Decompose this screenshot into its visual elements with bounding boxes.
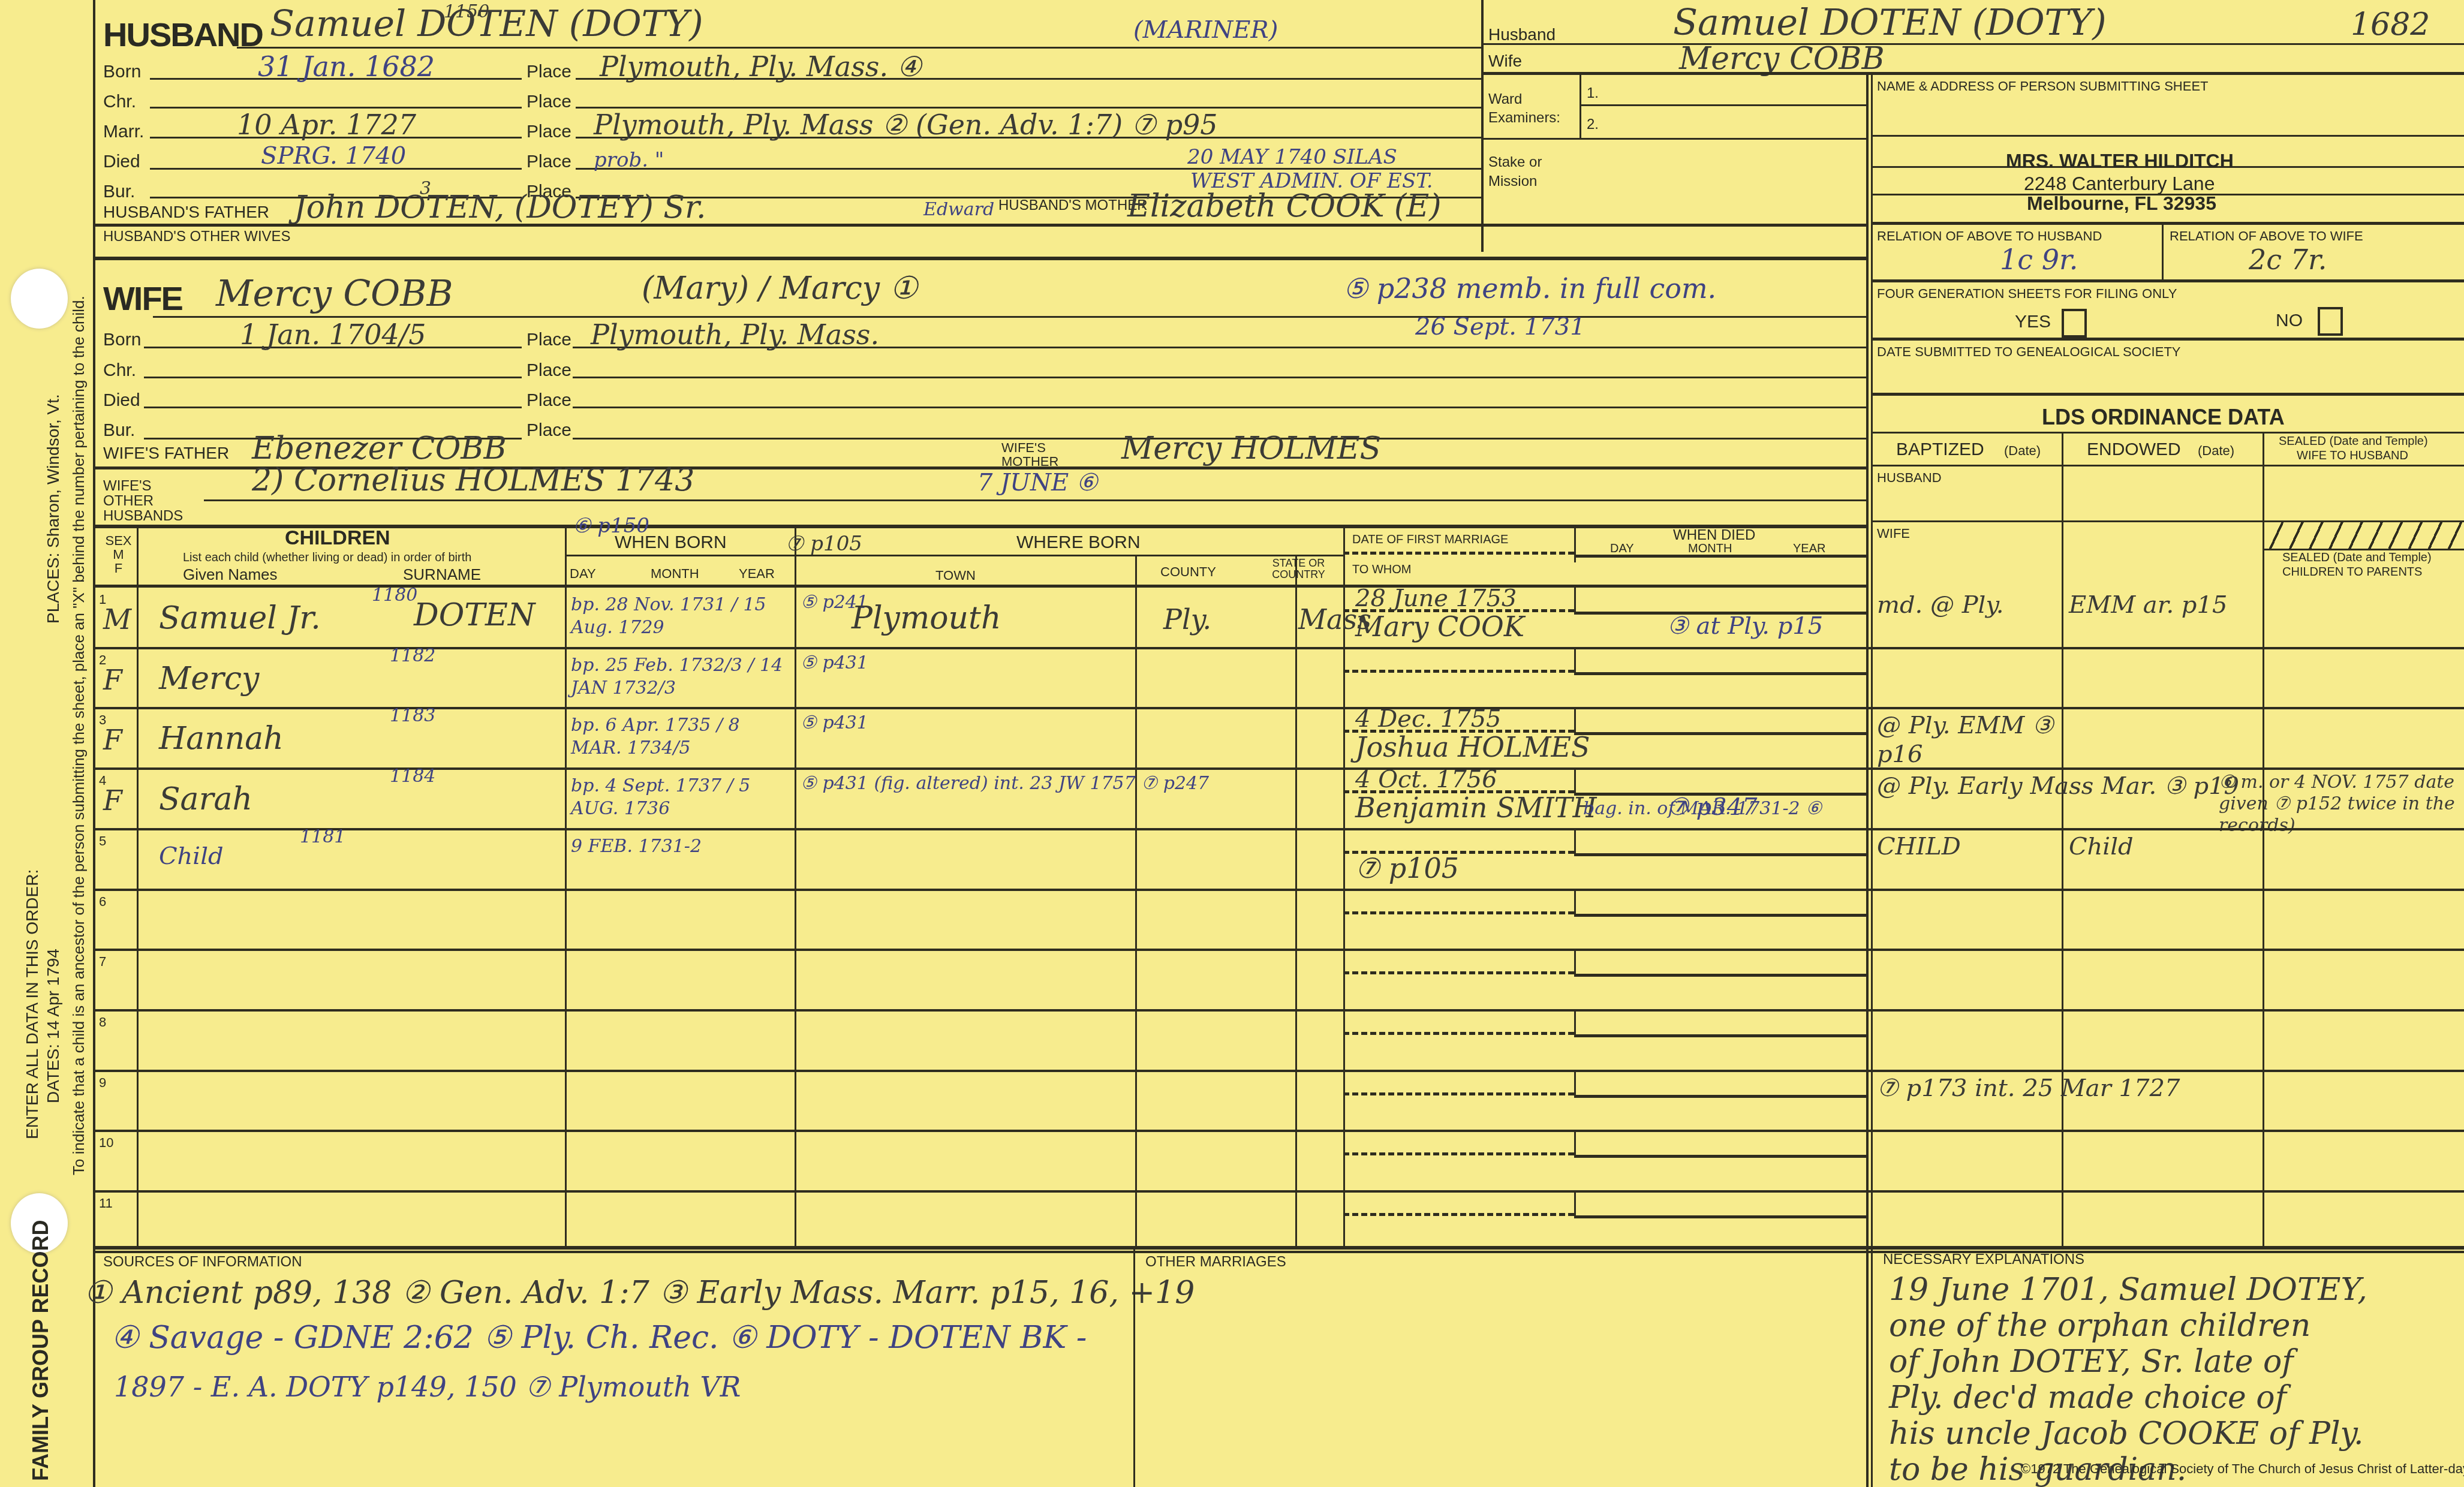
child-sex[interactable]: F: [103, 787, 122, 814]
instruction-ancestor-note: To indicate that a child is an ancestor …: [71, 296, 86, 1175]
husband-chr-label: Chr.: [103, 93, 136, 111]
died-cell-line: [1574, 1034, 1866, 1037]
child-ordinance-endowed[interactable]: EMM ar. p15: [2069, 591, 2249, 619]
col-name-div: [565, 526, 567, 1246]
lds-endowed-date: (Date): [2198, 444, 2234, 457]
sex-f-label: F: [115, 561, 122, 576]
when-born-sub-line: [565, 555, 1343, 556]
sex-header: SEX M F: [102, 534, 135, 575]
submitter-name: MRS. WALTER HILDITCH: [2006, 151, 2234, 170]
lds-husband-row-label: HUSBAND: [1877, 471, 1942, 484]
children-title: CHILDREN: [285, 528, 390, 548]
child-ordinance-baptized[interactable]: CHILD: [1877, 832, 2057, 861]
husband-bur-label: Bur.: [103, 183, 135, 201]
header-wife-label: Wife: [1488, 53, 1522, 70]
col-county-div: [1295, 555, 1297, 1246]
wife-born-date[interactable]: 1 Jan. 1704/5: [240, 321, 426, 348]
submitter-street: 2248 Canterbury Lane: [2024, 174, 2215, 193]
husband-marr-label: Marr.: [103, 123, 144, 141]
child-spouse-note: ③ at Ply. p15: [1667, 614, 1823, 638]
child-number: 7: [99, 955, 106, 968]
field-line: [573, 377, 1866, 378]
husband-mother-label: HUSBAND'S MOTHER: [998, 198, 1148, 213]
child-sex[interactable]: F: [103, 726, 122, 754]
wife-other-husbands-label: WIFE'S OTHER HUSBANDS: [103, 478, 199, 524]
lds-baptized-date: (Date): [2004, 444, 2041, 457]
sources-label: SOURCES OF INFORMATION: [103, 1254, 302, 1269]
child-ordinance-endowed[interactable]: Child: [2069, 832, 2249, 861]
examiner-1-label: 1.: [1587, 86, 1599, 101]
wife-other-husbands[interactable]: 2) Cornelius HOLMES 1743: [252, 465, 694, 496]
submitter-city: Melbourne, FL 32935: [2027, 194, 2216, 213]
child-row-line: [93, 707, 2464, 709]
husband-name-line: [237, 47, 1481, 49]
child-number: 9: [99, 1076, 106, 1089]
right-panel-divider-2: [1871, 72, 1873, 1487]
husband-mother[interactable]: Elizabeth COOK (E): [1127, 191, 1442, 222]
no-checkbox[interactable]: [2318, 307, 2343, 336]
wife-membership-note-2: 26 Sept. 1731: [1415, 315, 1585, 339]
child-row-line: [93, 889, 2464, 891]
explanations-label: NECESSARY EXPLANATIONS: [1883, 1252, 2084, 1267]
child-row-line: [93, 1190, 2464, 1193]
field-line: [144, 377, 522, 378]
child-number: 10: [99, 1136, 113, 1149]
child-given-name[interactable]: Sarah: [159, 784, 252, 815]
wife-mother-label: WIFE'S MOTHER: [1001, 441, 1067, 468]
child-row-line: [93, 1009, 2464, 1012]
child-sex[interactable]: F: [103, 666, 122, 694]
child-county[interactable]: Ply.: [1163, 606, 1211, 633]
child-number: 11: [99, 1196, 113, 1210]
lds-endowed-label: ENDOWED: [2087, 441, 2181, 459]
wife-born-place-label: Place: [527, 331, 571, 349]
child-ordinance-endowed[interactable]: ⑥ m. or 4 NOV. 1757 date given ⑦ p152 tw…: [2219, 772, 2459, 836]
wife-born-label: Born: [103, 331, 141, 349]
died-cell-line: [1574, 793, 1866, 796]
where-born-label: WHERE BORN: [1016, 534, 1141, 552]
child-spouse[interactable]: Joshua HOLMES: [1355, 733, 1590, 761]
left-border: [93, 0, 95, 1487]
four-gen-bottom-line: [1871, 338, 2464, 341]
child-marriage-date[interactable]: 4 Oct. 1756: [1355, 767, 1497, 791]
submitter-line: [1871, 135, 2464, 137]
child-ordinance-baptized[interactable]: ⑦ p173 int. 25 Mar 1727: [1877, 1074, 2417, 1103]
lds-col-div-1: [2062, 432, 2063, 1247]
col-town-div: [1135, 555, 1137, 1246]
date-submitted-label: DATE SUBMITTED TO GENEALOGICAL SOCIETY: [1877, 345, 2181, 359]
husband-father-ref: 3: [420, 180, 431, 198]
died-cell-line: [1574, 1095, 1866, 1098]
husband-chr-place-label: Place: [527, 93, 571, 111]
child-row-line: [93, 767, 2464, 770]
child-marriage-date[interactable]: 28 June 1753: [1355, 586, 1517, 610]
county-label: COUNTY: [1160, 565, 1216, 579]
town-label: TOWN: [935, 568, 976, 582]
wife-died-label: Died: [103, 392, 140, 410]
child-town-note: ⑤ p431: [801, 654, 920, 672]
died-cell-divider: [1574, 769, 1576, 793]
lds-header-line: [1871, 465, 2464, 466]
to-whom-label: TO WHOM: [1352, 564, 1412, 576]
children-subtitle: List each child (whether living or dead)…: [183, 552, 471, 564]
husband-died-place[interactable]: prob. ": [594, 150, 664, 170]
wife-father[interactable]: Ebenezer COBB: [252, 433, 507, 464]
died-cell-line: [1574, 672, 1866, 675]
husband-marr-place-label: Place: [527, 123, 571, 141]
sources-line-3[interactable]: 1897 - E. A. DOTY p149, 150 ⑦ Plymouth V…: [114, 1373, 741, 1401]
header-husband-label: Husband: [1488, 26, 1556, 43]
marriage-dash: [1343, 971, 1574, 974]
husband-died-label: Died: [103, 153, 140, 171]
child-number: 5: [99, 834, 106, 848]
died-cell-line: [1574, 732, 1866, 735]
marriage-dash: [1343, 1092, 1574, 1095]
field-line: [573, 407, 1866, 408]
header-wife-name: Mercy COBB: [1679, 43, 1885, 74]
stake-mission-label: Stake or Mission: [1488, 153, 1572, 192]
examiner-line: [1580, 104, 1866, 106]
first-marriage-dash: [1343, 552, 1574, 555]
examiner-2-label: 2.: [1587, 117, 1599, 132]
child-town[interactable]: Plymouth: [852, 603, 1001, 634]
wife-bur-place-label: Place: [527, 422, 571, 440]
explanation-line[interactable]: of John DOTEY, Sr. late of: [1889, 1346, 2294, 1377]
child-ordinance-baptized[interactable]: @ Ply. EMM ③ p16: [1877, 711, 2057, 769]
col-born-div: [795, 526, 796, 1246]
child-town-note: ⑤ p431: [801, 714, 920, 732]
four-gen-label: FOUR GENERATION SHEETS FOR FILING ONLY: [1877, 287, 2177, 300]
child-surname[interactable]: DOTEN: [414, 600, 535, 631]
right-panel-divider: [1866, 72, 1869, 1487]
husband-other-wives-label: HUSBAND'S OTHER WIVES: [103, 229, 291, 244]
child-row-line: [93, 828, 2464, 830]
sex-m-label: M: [113, 547, 124, 562]
lds-col-div-2: [2263, 432, 2264, 1247]
sources-line-1[interactable]: ① Ancient p89, 138 ② Gen. Adv. 1:7 ③ Ear…: [84, 1277, 1195, 1308]
child-given-name[interactable]: Mercy: [159, 663, 259, 694]
died-header-line: [1574, 555, 1866, 558]
child-ordinance-baptized[interactable]: md. @ Ply.: [1877, 591, 2057, 619]
explanation-line[interactable]: Ply. dec'd made choice of: [1889, 1382, 2287, 1413]
yes-label: YES: [2015, 313, 2051, 331]
husband-father-note: Edward: [923, 201, 994, 219]
died-cell-divider: [1574, 1010, 1576, 1034]
child-birth-date[interactable]: bp. 4 Sept. 1737 / 5 AUG. 1736: [571, 775, 793, 820]
wife-died-place-label: Place: [527, 392, 571, 410]
born-year-label: YEAR: [739, 567, 775, 580]
instruction-dates: DATES: 14 Apr 1794: [45, 949, 62, 1103]
child-sex[interactable]: M: [103, 606, 131, 633]
husband-occupation: (MARINER): [1133, 18, 1278, 42]
child-number: 6: [99, 895, 106, 908]
wife-born-place[interactable]: Plymouth, Ply. Mass.: [591, 321, 879, 348]
born-month-label: MONTH: [651, 567, 699, 580]
when-died-label: WHEN DIED: [1673, 528, 1755, 543]
husband-marr-date[interactable]: 10 Apr. 1727: [237, 111, 416, 139]
child-given-name[interactable]: Samuel Jr.: [159, 603, 321, 634]
husband-father-label: HUSBAND'S FATHER: [103, 204, 269, 221]
relation-wife-label: RELATION OF ABOVE TO WIFE: [2170, 229, 2363, 243]
children-header-bottom: [93, 585, 1866, 588]
given-names-label: Given Names: [183, 567, 278, 583]
lds-sealed-cp-label-1: SEALED (Date and Temple): [2282, 552, 2432, 564]
wife-bur-label: Bur.: [103, 422, 135, 440]
died-cell-divider: [1574, 648, 1576, 672]
relation-top-line: [1871, 222, 2464, 225]
lds-sealed-wh-label-1: SEALED (Date and Temple): [2279, 435, 2428, 448]
sources-divider: [1133, 1247, 1135, 1487]
header-husband-name: Samuel DOTEN (DOTY): [1673, 5, 2107, 41]
died-year-label: YEAR: [1793, 543, 1825, 555]
marriage-dash: [1343, 1213, 1574, 1216]
husband-born-label: Born: [103, 63, 141, 81]
relation-divider: [2162, 222, 2164, 281]
marriage-dash: [1343, 911, 1574, 914]
binder-hole-top: [11, 269, 68, 329]
explanation-line[interactable]: one of the orphan children: [1889, 1310, 2310, 1341]
child-row-line: [93, 1130, 2464, 1132]
died-cell-line: [1574, 1215, 1866, 1218]
child-town-note: ⑤ p431 (fig. altered) int. 23 JW 1757 ⑦ …: [801, 775, 1292, 793]
child-birth-date[interactable]: bp. 6 Apr. 1735 / 8 MAR. 1734/5: [571, 714, 793, 759]
died-cell-divider: [1574, 890, 1576, 914]
when-born-note: ⑥ p150: [573, 516, 649, 536]
child-given-name[interactable]: Hannah: [159, 723, 284, 754]
died-cell-divider: [1574, 1131, 1576, 1155]
surname-label: SURNAME: [403, 567, 481, 583]
wife-other-husbands-note: 7 JUNE ⑥: [977, 471, 1098, 495]
sources-line-2[interactable]: ④ Savage - GDNE 2:62 ⑤ Ply. Ch. Rec. ⑥ D…: [111, 1322, 1087, 1353]
child-number: 8: [99, 1015, 106, 1029]
no-label: NO: [2276, 312, 2303, 330]
died-cell-line: [1574, 1155, 1866, 1158]
child-marriage-date[interactable]: 4 Dec. 1755: [1355, 707, 1502, 731]
husband-section-bottom: [93, 257, 1866, 260]
child-birth-date[interactable]: bp. 25 Feb. 1732/3 / 14 JAN 1732/3: [571, 654, 793, 699]
instruction-places: PLACES: Sharon, Windsor, Vt.: [45, 394, 62, 624]
field-line: [144, 407, 522, 408]
child-row-line: [93, 1251, 2464, 1253]
yes-checkbox[interactable]: [2062, 309, 2087, 338]
wife-other-husbands-line: [204, 499, 1866, 501]
husband-father[interactable]: John DOTEN, (DOTEY) Sr.: [294, 192, 706, 223]
husband-born-place-label: Place: [527, 63, 571, 81]
relation-husband-value[interactable]: 1c 9r.: [2000, 246, 2078, 273]
lds-hatch-line: [2263, 549, 2464, 550]
ward-examiners-label: Ward Examiners:: [1488, 90, 1572, 127]
died-cell-divider: [1574, 1191, 1576, 1215]
first-marriage-label: DATE OF FIRST MARRIAGE: [1352, 534, 1508, 546]
died-cell-divider: [1574, 1071, 1576, 1095]
husband-died-date[interactable]: SPRG. 1740: [261, 144, 406, 168]
where-born-note: ⑦ p105: [786, 534, 862, 554]
lds-baptized-label: BAPTIZED: [1896, 441, 1984, 459]
husband-father-line: [93, 224, 1866, 227]
child-ref-number: 1180: [372, 586, 417, 604]
explanation-line[interactable]: his uncle Jacob COOKE of Ply.: [1889, 1418, 2364, 1449]
instruction-enter-all: ENTER ALL DATA IN THIS ORDER:: [24, 869, 41, 1139]
marriage-dash: [1343, 1032, 1574, 1035]
child-row-line: [93, 647, 2464, 649]
died-cell-line: [1574, 853, 1866, 856]
header-line-1: [1481, 43, 2464, 45]
header-line-2: [1481, 72, 2464, 75]
relation-wife-value[interactable]: 2c 7r.: [2249, 246, 2327, 273]
wife-section-label: WIFE: [103, 282, 182, 315]
lds-hatched-area: [2264, 522, 2464, 549]
husband-estate-note-1: 20 MAY 1740 SILAS: [1187, 147, 1397, 167]
died-month-label: MONTH: [1688, 543, 1732, 555]
child-spouse[interactable]: Mary COOK: [1355, 613, 1524, 640]
wife-name: Mercy COBB: [216, 276, 453, 312]
child-birth-date[interactable]: 9 FEB. 1731-2: [571, 835, 793, 858]
died-cell-divider: [1574, 708, 1576, 732]
child-ref-number: 1184: [390, 767, 435, 785]
submitter-label: NAME & ADDRESS OF PERSON SUBMITTING SHEE…: [1877, 79, 2209, 93]
date-submitted-bottom-line: [1871, 393, 2464, 396]
marriage-dash: [1343, 1152, 1574, 1155]
died-day-label: DAY: [1610, 543, 1634, 555]
died-cell-divider: [1574, 588, 1576, 612]
child-row-line: [93, 949, 2464, 951]
child-birth-date[interactable]: bp. 28 Nov. 1731 / 15 Aug. 1729: [571, 594, 793, 639]
lds-sealed-cp-label-2: CHILDREN TO PARENTS: [2282, 566, 2422, 579]
wife-chr-label: Chr.: [103, 362, 136, 380]
relation-bottom-line: [1871, 279, 2464, 282]
died-cell-divider: [1574, 829, 1576, 853]
wife-name-line: [153, 316, 1866, 318]
wife-mother[interactable]: Mercy HOLMES: [1121, 433, 1381, 464]
sex-label: SEX: [105, 533, 131, 548]
state-label: STATE OR COUNTRY: [1261, 558, 1336, 580]
husband-name-ref: 1150: [444, 3, 489, 21]
wife-alt-names: (Mary) / Marcy ①: [642, 273, 917, 304]
wife-father-label: WIFE'S FATHER: [103, 445, 229, 462]
husband-born-place[interactable]: Plymouth, Ply. Mass. ④: [600, 53, 922, 80]
lds-sealed-wh-label-2: WIFE TO HUSBAND: [2297, 450, 2408, 462]
header-husband-year: 1682: [2351, 9, 2430, 40]
died-cell-line: [1574, 612, 1866, 615]
died-cell-line: [1574, 974, 1866, 977]
explanation-line[interactable]: 19 June 1701, Samuel DOTEY,: [1889, 1274, 2367, 1305]
child-ref-number: 1182: [390, 647, 435, 665]
relation-husband-label: RELATION OF ABOVE TO HUSBAND: [1877, 229, 2102, 243]
lds-wife-row-label: WIFE: [1877, 526, 1910, 540]
child-spouse[interactable]: Benjamin SMITH: [1355, 794, 1597, 821]
wife-membership-note-1: ⑤ p238 memb. in full com.: [1343, 275, 1716, 302]
marriage-dash: [1343, 670, 1574, 673]
child-ref-number: 1181: [300, 828, 345, 846]
died-cell-line: [1574, 914, 1866, 917]
husband-marr-place[interactable]: Plymouth, Ply. Mass ② (Gen. Adv. 1:7) ⑦ …: [594, 111, 1218, 139]
form-title-vertical: FAMILY GROUP RECORD: [30, 1325, 52, 1481]
copyright: ©1972 The Genealogical Society of The Ch…: [2021, 1462, 2464, 1476]
child-death-date[interactable]: bag. in. of MAR. 1731-2 ⑥: [1583, 800, 1822, 818]
child-spouse[interactable]: ⑦ p105: [1355, 854, 1459, 882]
child-given-name[interactable]: Child: [159, 844, 224, 868]
child-ref-number: 1183: [390, 707, 435, 725]
wife-chr-place-label: Place: [527, 362, 571, 380]
children-table-bottom: [93, 1246, 2464, 1250]
lds-title-line: [1871, 432, 2464, 434]
other-marriages-label: OTHER MARRIAGES: [1145, 1254, 1286, 1269]
col-sex-div: [137, 526, 139, 1246]
husband-died-place-label: Place: [527, 153, 571, 171]
child-row-line: [93, 1070, 2464, 1072]
lds-title: LDS ORDINANCE DATA: [2042, 407, 2285, 428]
right-header-divider: [1481, 0, 1484, 252]
husband-born-date[interactable]: 31 Jan. 1682: [258, 53, 435, 80]
died-cell-divider: [1574, 950, 1576, 974]
ward-line-bottom: [1481, 138, 1866, 140]
born-day-label: DAY: [570, 567, 596, 580]
